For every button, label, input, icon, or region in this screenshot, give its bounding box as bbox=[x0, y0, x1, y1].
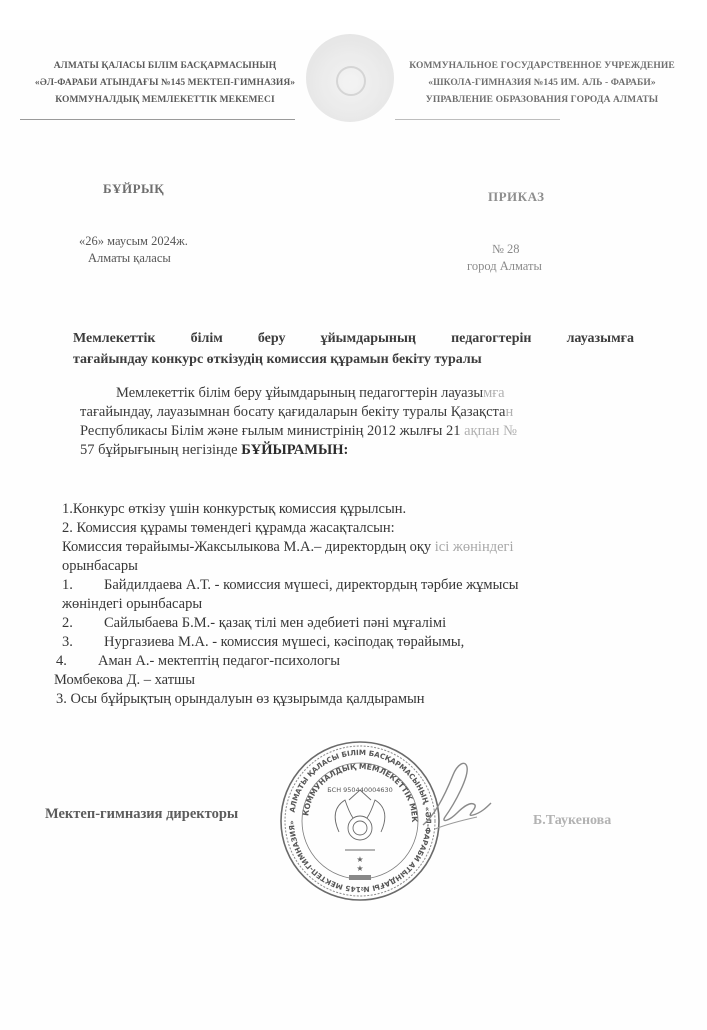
commission-chair-cont: орынбасары bbox=[62, 557, 662, 576]
signatory-title: Мектеп-гимназия директоры bbox=[45, 806, 238, 823]
order-date: «26» маусым 2024ж. bbox=[79, 234, 188, 248]
preamble-text: 57 бұйрығының негізінде bbox=[80, 442, 241, 458]
order-title-ru: ПРИКАЗ bbox=[488, 189, 545, 205]
svg-text:★: ★ bbox=[356, 864, 363, 873]
member-row: 2.Сайлыбаева Б.М.- қазақ тілі мен әдебие… bbox=[62, 614, 662, 633]
preamble-text: тағайындау, лауазымнан босату қағидалары… bbox=[80, 404, 505, 420]
preamble-text-faded: н bbox=[505, 404, 513, 420]
member-number: 1. bbox=[62, 576, 104, 595]
preamble-text: Мемлекеттік білім беру ұйымдарының педаг… bbox=[116, 385, 483, 401]
member-text: Сайлыбаева Б.М.- қазақ тілі мен әдебиеті… bbox=[104, 615, 446, 631]
order-city-kz: Алматы қаласы bbox=[79, 250, 188, 267]
member-text: Аман А.- мектептің педагог-психологы bbox=[98, 653, 340, 669]
commission-secretary: Момбекова Д. – хатшы bbox=[54, 671, 662, 690]
order-title-kz: БҰЙРЫҚ bbox=[103, 181, 164, 197]
letterhead-kz: АЛМАТЫ ҚАЛАСЫ БІЛІМ БАСҚАРМАСЫНЫҢ «ӘЛ-ФА… bbox=[30, 58, 300, 109]
subject-line: тағайындау конкурс өткізудің комиссия құ… bbox=[73, 352, 482, 367]
member-number: 4. bbox=[56, 652, 98, 671]
commission-chair: Комиссия төрайымы-Жаксылыкова М.А.– дире… bbox=[62, 538, 662, 557]
order-preamble: Мемлекеттік білім беру ұйымдарының педаг… bbox=[80, 384, 680, 460]
member-row: 1.Байдилдаева А.Т. - комиссия мүшесі, ди… bbox=[62, 576, 662, 595]
letterhead-kz-line: АЛМАТЫ ҚАЛАСЫ БІЛІМ БАСҚАРМАСЫНЫҢ bbox=[30, 58, 300, 75]
letterhead-ru-line: КОММУНАЛЬНОЕ ГОСУДАРСТВЕННОЕ УЧРЕЖДЕНИЕ bbox=[392, 58, 692, 75]
letterhead-divider bbox=[395, 119, 560, 120]
order-items: 1.Конкурс өткізу үшін конкурстық комисси… bbox=[62, 500, 662, 709]
order-number-block: № 28 город Алматы bbox=[492, 241, 542, 275]
member-text: Нургазиева М.А. - комиссия мүшесі, кәсіп… bbox=[104, 634, 464, 650]
signatory-name: Б.Таукенова bbox=[533, 813, 611, 829]
letterhead-kz-line: «ӘЛ-ФАРАБИ АТЫНДАҒЫ №145 МЕКТЕП-ГИМНАЗИЯ… bbox=[30, 75, 300, 92]
order-city-ru: город Алматы bbox=[467, 258, 542, 275]
preamble-text-faded: ақпан № bbox=[464, 423, 517, 439]
preamble-text-faded: мға bbox=[483, 385, 505, 401]
order-subject: Мемлекеттік білім беру ұйымдарының педаг… bbox=[73, 328, 634, 370]
subject-line: Мемлекеттік білім беру ұйымдарының педаг… bbox=[73, 328, 634, 349]
state-emblem-icon bbox=[306, 34, 394, 122]
order-item-1: 1.Конкурс өткізу үшін конкурстық комисси… bbox=[62, 500, 662, 519]
letterhead-kz-line: КОММУНАЛДЫҚ МЕМЛЕКЕТТІК МЕКЕМЕСІ bbox=[30, 92, 300, 109]
order-date-block: «26» маусым 2024ж. Алматы қаласы bbox=[79, 233, 188, 267]
member-number: 2. bbox=[62, 614, 104, 633]
member-number: 3. bbox=[62, 633, 104, 652]
letterhead-ru: КОММУНАЛЬНОЕ ГОСУДАРСТВЕННОЕ УЧРЕЖДЕНИЕ … bbox=[392, 58, 692, 109]
member-row-cont: жөніндегі орынбасары bbox=[62, 595, 662, 614]
order-directive: БҰЙЫРАМЫН: bbox=[241, 442, 348, 458]
member-text: Байдилдаева А.Т. - комиссия мүшесі, дире… bbox=[104, 577, 519, 593]
order-number: № 28 bbox=[492, 242, 520, 256]
order-item-2: 2. Комиссия құрамы төмендегі құрамда жас… bbox=[62, 519, 662, 538]
preamble-text: Республикасы Білім және ғылым министріні… bbox=[80, 423, 464, 439]
letterhead-ru-line: УПРАВЛЕНИЕ ОБРАЗОВАНИЯ ГОРОДА АЛМАТЫ bbox=[392, 92, 692, 109]
svg-text:★: ★ bbox=[356, 855, 363, 864]
letterhead-divider bbox=[20, 119, 295, 120]
member-row: 4.Аман А.- мектептің педагог-психологы bbox=[56, 652, 662, 671]
order-item-3: 3. Осы бұйрықтың орындалуын өз құзырымда… bbox=[56, 690, 662, 709]
handwritten-signature-icon bbox=[415, 755, 495, 845]
member-row: 3.Нургазиева М.А. - комиссия мүшесі, кәс… bbox=[62, 633, 662, 652]
letterhead-ru-line: «ШКОЛА-ГИМНАЗИЯ №145 ИМ. АЛЬ - ФАРАБИ» bbox=[392, 75, 692, 92]
